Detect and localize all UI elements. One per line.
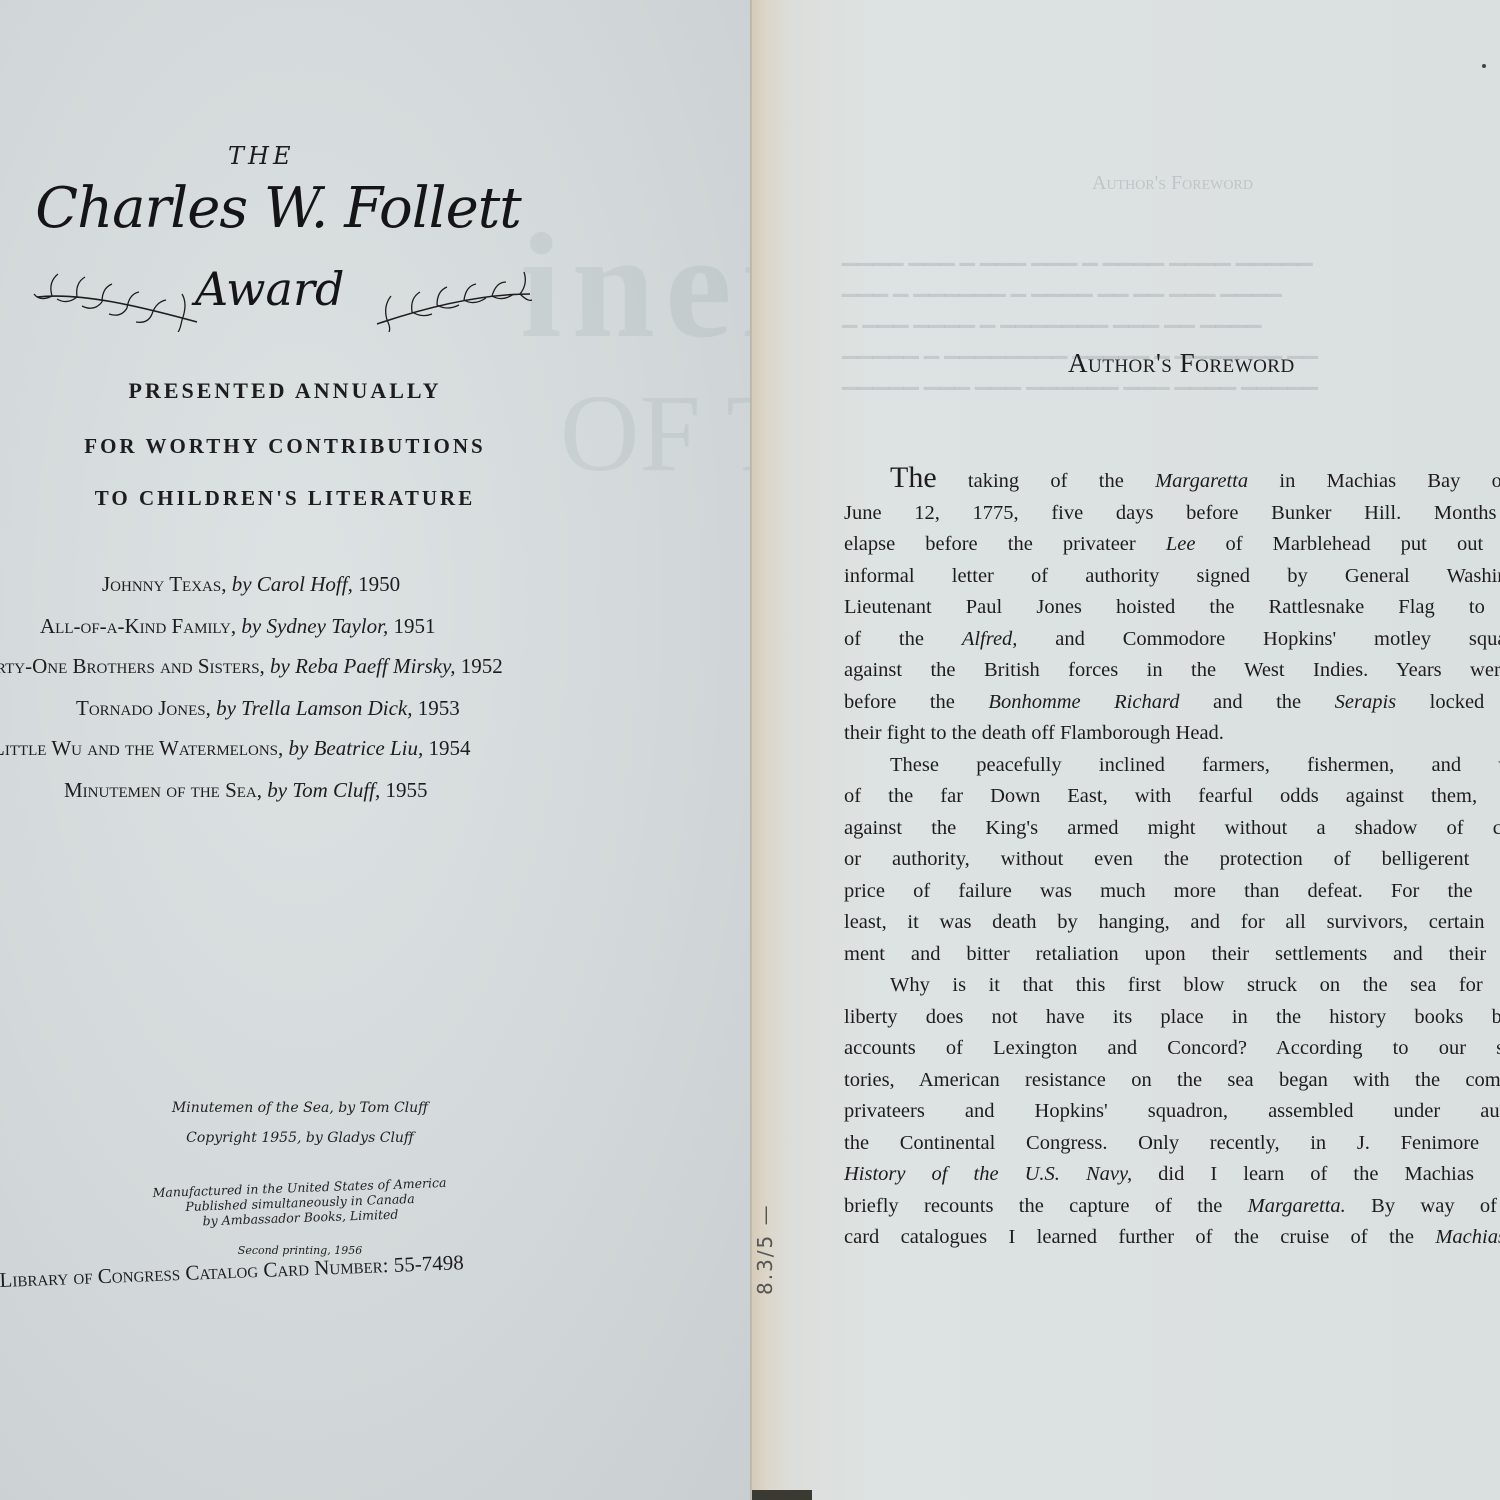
foreword-body: The taking of the Margaretta in Machias …	[844, 462, 1500, 1254]
page-speck	[1482, 64, 1486, 68]
winner-item: Little Wu and the Watermelons, by Beatri…	[0, 736, 470, 761]
laurel-right-icon	[372, 252, 532, 332]
imprint-manufacture: Manufactured in the United States of Ame…	[99, 1173, 500, 1232]
bleed-through-heading: Author's Foreword	[1092, 172, 1253, 195]
left-page: ineir OF THE THE Charles W. Follett Awar…	[0, 0, 752, 1500]
paragraph-3: Why is it that this first blow struck on…	[844, 970, 1500, 1254]
paragraph-1: The taking of the Margaretta in Machias …	[844, 462, 1500, 750]
presented-line-2: FOR WORTHY CONTRIBUTIONS	[30, 434, 540, 459]
laurel-left-icon	[32, 252, 202, 332]
bleed-through-subtitle: OF THE	[560, 370, 752, 497]
paragraph-2: These peacefully inclined farmers, fishe…	[844, 750, 1500, 971]
winner-item: rty-One Brothers and Sisters, by Reba Pa…	[0, 654, 503, 679]
award-name: Charles W. Follett	[28, 176, 528, 241]
imprint-title: Minutemen of the Sea, by Tom Cluff	[100, 1100, 500, 1116]
presented-line-3: TO CHILDREN'S LITERATURE	[30, 486, 540, 511]
award-word: Award	[195, 262, 344, 316]
pencil-annotation: 8.3/5 —	[753, 1203, 777, 1295]
foreword-heading: Author's Foreword	[1068, 348, 1295, 379]
winner-item: All-of-a-Kind Family, by Sydney Taylor, …	[40, 614, 435, 639]
right-page: Author's Foreword ▁▁▁▁ ▁▁▁ ▁ ▁▁▁ ▁▁▁ ▁ ▁…	[752, 0, 1500, 1500]
award-the: THE	[228, 142, 294, 170]
winner-item: Johnny Texas, by Carol Hoff, 1950	[102, 572, 400, 597]
bleed-through-title: ineir	[520, 200, 752, 372]
winner-item: Tornado Jones, by Trella Lamson Dick, 19…	[76, 696, 460, 721]
imprint-copyright: Copyright 1955, by Gladys Cluff	[100, 1130, 500, 1146]
winner-item: Minutemen of the Sea, by Tom Cluff, 1955	[64, 778, 428, 803]
cover-edge	[752, 1490, 812, 1500]
book-spread: ineir OF THE THE Charles W. Follett Awar…	[0, 0, 1500, 1500]
presented-line-1: PRESENTED ANNUALLY	[30, 378, 540, 404]
